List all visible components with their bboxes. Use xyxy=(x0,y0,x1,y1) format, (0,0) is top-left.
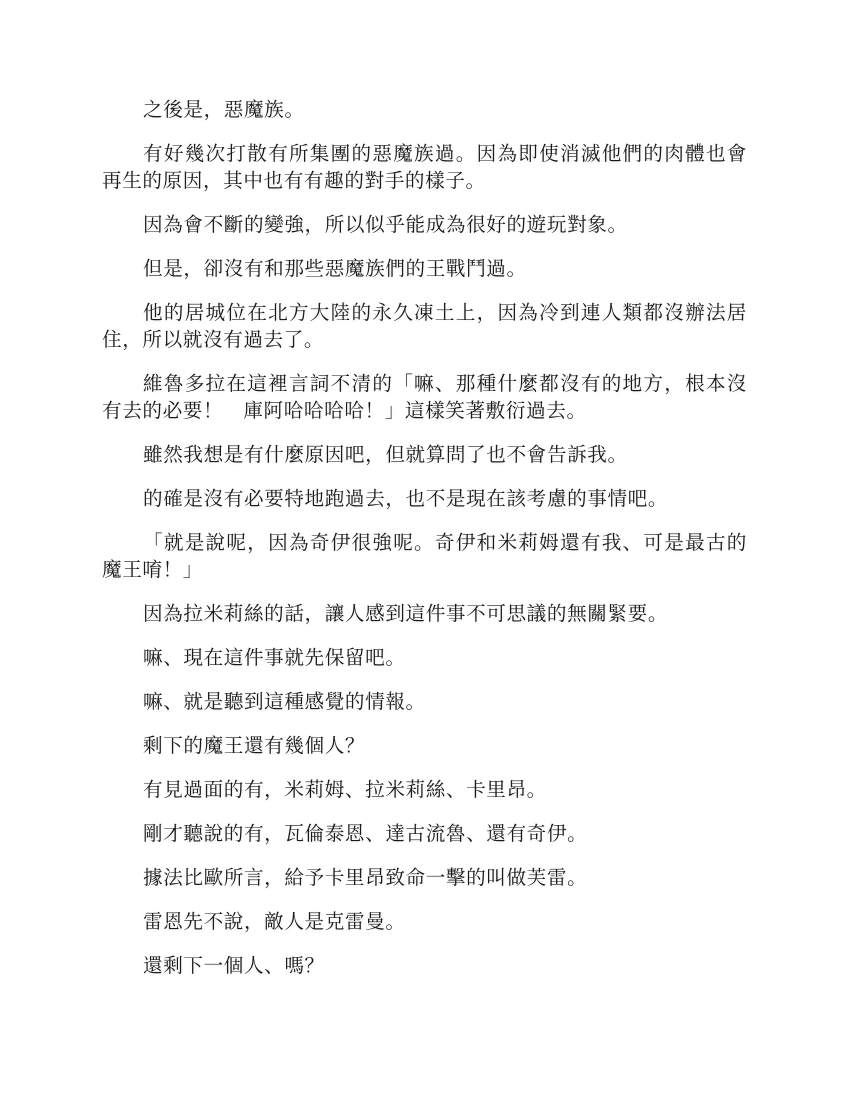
paragraph: 有好幾次打散有所集團的惡魔族過。因為即使消滅他們的肉體也會再生的原因，其中也有有… xyxy=(102,140,747,194)
paragraph: 有見過面的有，米莉姆、拉米莉絲、卡里昂。 xyxy=(102,776,747,803)
paragraph: 因為會不斷的變強，所以似乎能成為很好的遊玩對象。 xyxy=(102,211,747,238)
paragraph: 雖然我想是有什麼原因吧，但就算問了也不會告訴我。 xyxy=(102,441,747,468)
paragraph: 之後是，惡魔族。 xyxy=(102,96,747,123)
paragraph: 因為拉米莉絲的話，讓人感到這件事不可思議的無關緊要。 xyxy=(102,600,747,627)
document-page: 之後是，惡魔族。 有好幾次打散有所集團的惡魔族過。因為即使消滅他們的肉體也會再生… xyxy=(102,96,747,996)
paragraph: 他的居城位在北方大陸的永久凍土上，因為冷到連人類都沒辦法居住，所以就沒有過去了。 xyxy=(102,299,747,353)
paragraph: 據法比歐所言，給予卡里昂致命一擊的叫做芙雷。 xyxy=(102,864,747,891)
paragraph: 嘛、現在這件事就先保留吧。 xyxy=(102,644,747,671)
paragraph: 維魯多拉在這裡言詞不清的「嘛、那種什麼都沒有的地方，根本沒有去的必要！ 庫阿哈哈… xyxy=(102,370,747,424)
paragraph: 雷恩先不說，敵人是克雷曼。 xyxy=(102,908,747,935)
paragraph: 剛才聽說的有，瓦倫泰恩、達古流魯、還有奇伊。 xyxy=(102,820,747,847)
paragraph: 但是，卻沒有和那些惡魔族們的王戰鬥過。 xyxy=(102,255,747,282)
paragraph: 「就是說呢，因為奇伊很強呢。奇伊和米莉姆還有我、可是最古的魔王唷！」 xyxy=(102,529,747,583)
paragraph: 剩下的魔王還有幾個人？ xyxy=(102,732,747,759)
paragraph: 還剩下一個人、嗎？ xyxy=(102,952,747,979)
paragraph: 嘛、就是聽到這種感覺的情報。 xyxy=(102,688,747,715)
paragraph: 的確是沒有必要特地跑過去，也不是現在該考慮的事情吧。 xyxy=(102,485,747,512)
